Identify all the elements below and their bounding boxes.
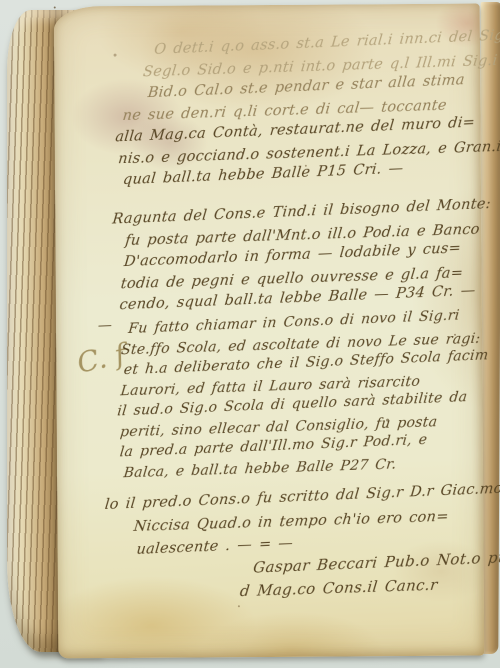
handwriting-layer: O dett.i q.o ass.o st.a Le rial.i inn.ci… xyxy=(44,0,494,665)
paragraph-deliberation-1: O dett.i q.o ass.o st.a Le rial.i inn.ci… xyxy=(111,26,500,191)
paragraph-deliberation-3: Fu fatto chiamar in Cons.o di novo il Si… xyxy=(110,306,492,484)
paragraph-deliberation-2: Ragunta del Cons.e Tind.i il bisogno del… xyxy=(112,196,494,317)
notary-signature-block: Gaspar Beccari Pub.o Not.o pu.d Mag.co C… xyxy=(252,547,500,603)
manuscript-page: O dett.i q.o ass.o st.a Le rial.i inn.ci… xyxy=(54,4,485,659)
manuscript-photo: O dett.i q.o ass.o st.a Le rial.i inn.ci… xyxy=(0,0,500,668)
foxing-specks xyxy=(54,6,56,8)
